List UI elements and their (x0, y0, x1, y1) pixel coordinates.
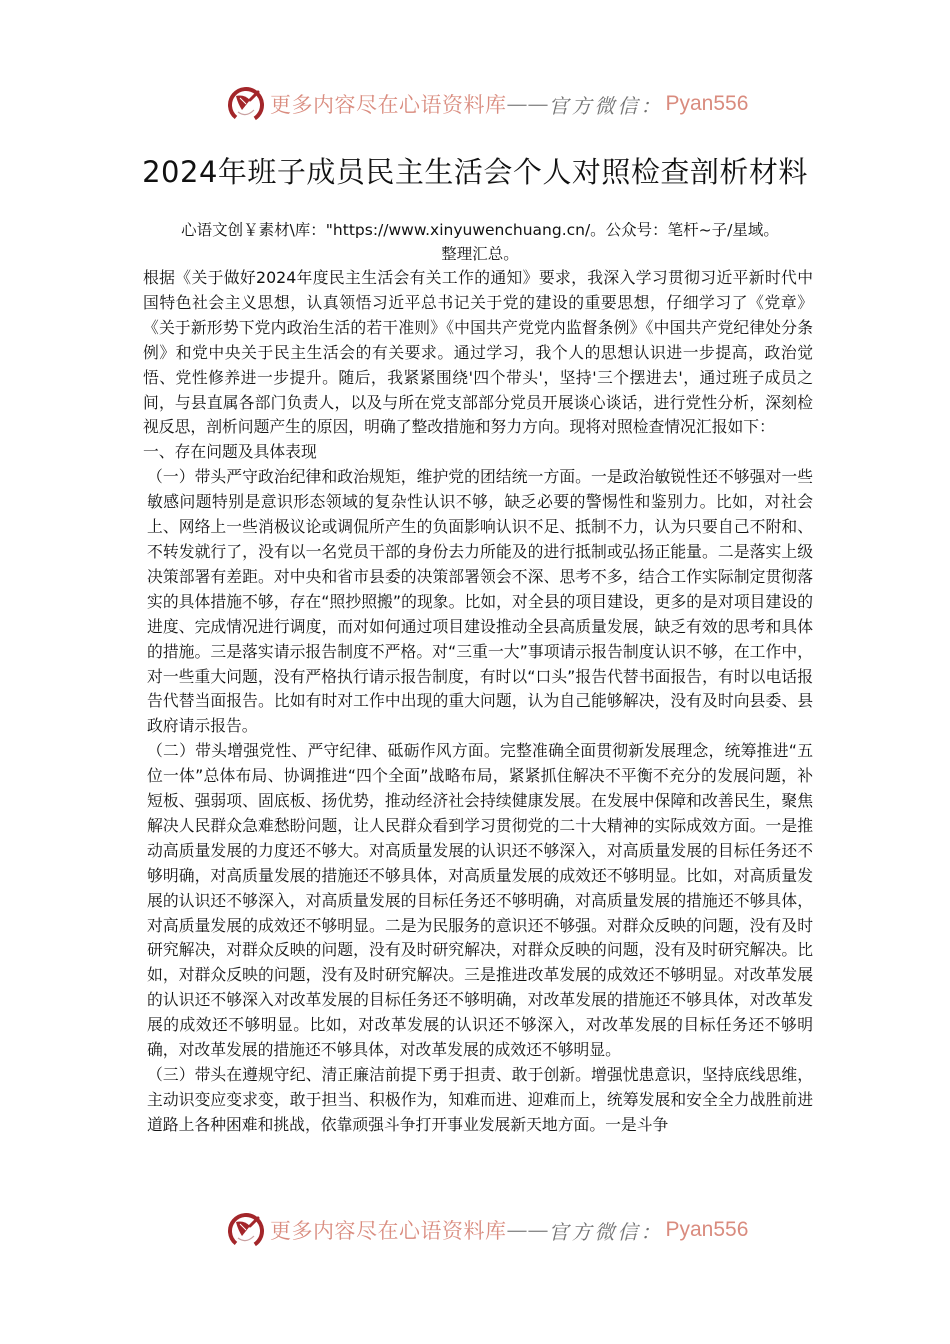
banner-dash-2: — (528, 1218, 549, 1242)
footer-watermark-banner: 更多内容尽在心语资料库 — — 官方微信： Pyan556 (226, 1208, 748, 1252)
banner-wechat-label: 官方微信： (549, 90, 664, 119)
banner-wechat-label: 官方微信： (549, 1216, 664, 1245)
intro-paragraph: 根据《关于做好2024年度民主生活会有关工作的通知》要求，我深入学习贯彻习近平新… (143, 266, 813, 440)
body-paragraph-3: （三）带头在遵规守纪、清正廉洁前提下勇于担责、敢于创新。增强忧患意识，坚持底线思… (143, 1063, 813, 1138)
source-attribution: 心语文创￥素材\库："https://www.xinyuwenchuang.cn… (150, 218, 810, 266)
quill-pen-logo-icon (226, 84, 266, 124)
header-watermark-banner: 更多内容尽在心语资料库 — — 官方微信： Pyan556 (226, 82, 748, 126)
document-body: 根据《关于做好2024年度民主生活会有关工作的通知》要求，我深入学习贯彻习近平新… (143, 266, 813, 1138)
body-paragraph-1: （一）带头严守政治纪律和政治规矩，维护党的团结统一方面。一是政治敏锐性还不够强对… (143, 465, 813, 739)
source-line-1: 心语文创￥素材\库："https://www.xinyuwenchuang.cn… (150, 218, 810, 242)
banner-main-text: 更多内容尽在心语资料库 (270, 89, 507, 119)
banner-wechat-id: Pyan556 (666, 92, 749, 116)
body-paragraph-2: （二）带头增强党性、严守纪律、砥砺作风方面。完整准确全面贯彻新发展理念，统筹推进… (143, 739, 813, 1063)
quill-pen-logo-icon (226, 1210, 266, 1250)
banner-main-text: 更多内容尽在心语资料库 (270, 1215, 507, 1245)
banner-dash: — (507, 1218, 528, 1242)
banner-dash-2: — (528, 92, 549, 116)
document-title: 2024年班子成员民主生活会个人对照检查剖析材料 (0, 150, 950, 191)
banner-wechat-id: Pyan556 (666, 1218, 749, 1242)
banner-dash: — (507, 92, 528, 116)
source-line-2: 整理汇总。 (150, 242, 810, 266)
section-heading-1: 一、存在问题及具体表现 (143, 440, 813, 465)
